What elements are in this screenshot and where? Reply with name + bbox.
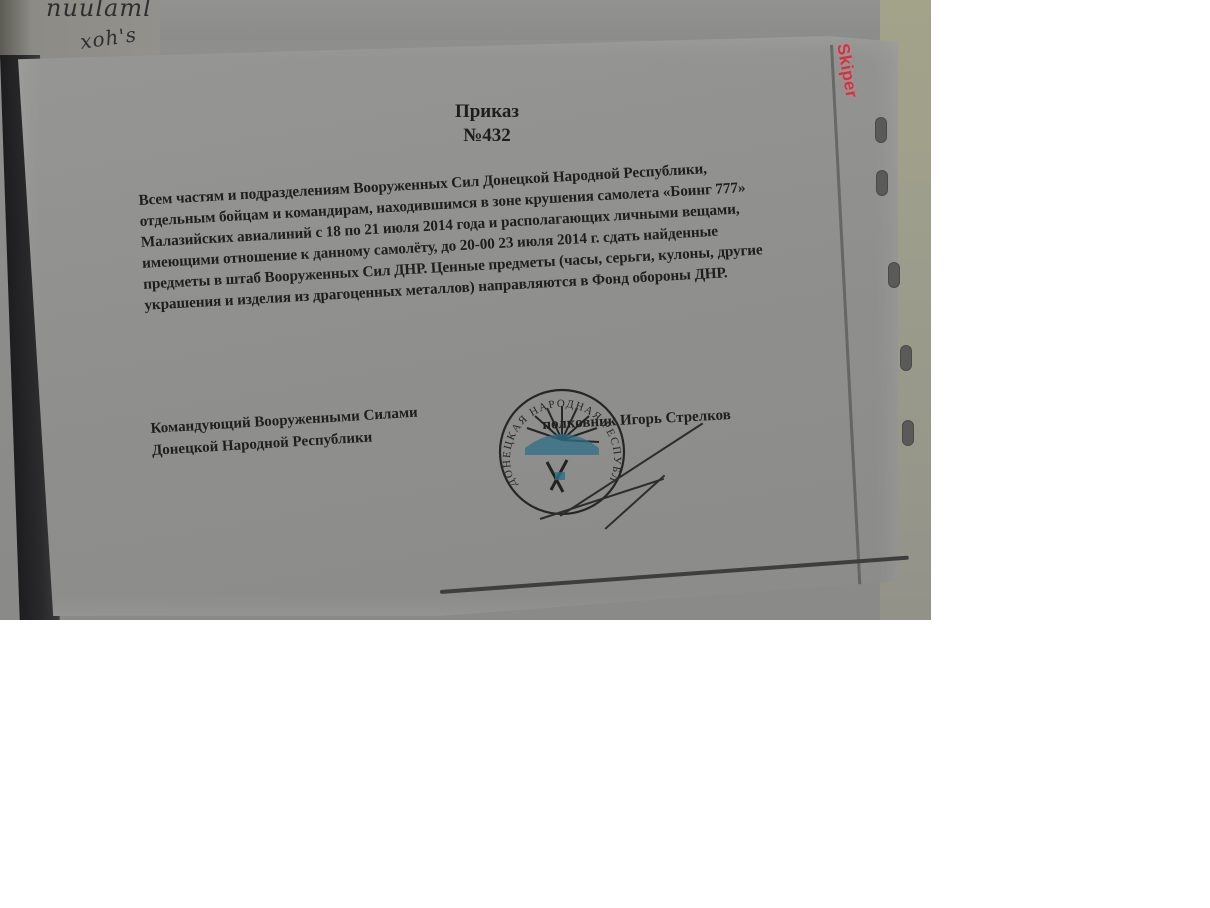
signatory-title: Командующий Вооруженными Силами Донецкой… xyxy=(150,402,420,462)
order-document: Приказ №432 Всем частям и подразделениям… xyxy=(20,40,880,610)
title-text: Приказ xyxy=(432,100,542,124)
background-surface xyxy=(160,0,880,40)
handwriting-scrawl: nuulaml xyxy=(46,0,152,22)
official-stamp: ДОНЕЦКАЯ НАРОДНАЯ РЕСПУБЛИКА xyxy=(495,380,630,520)
order-number: №432 xyxy=(432,124,542,148)
punch-hole xyxy=(900,345,912,371)
punch-hole xyxy=(902,420,914,446)
document-title: Приказ №432 xyxy=(432,100,542,148)
punch-hole xyxy=(888,262,900,288)
document-photo: nuulaml xoh's Skiper Приказ №432 Всем ча… xyxy=(0,0,931,620)
document-body: Всем частям и подразделениям Вооруженных… xyxy=(138,153,804,316)
